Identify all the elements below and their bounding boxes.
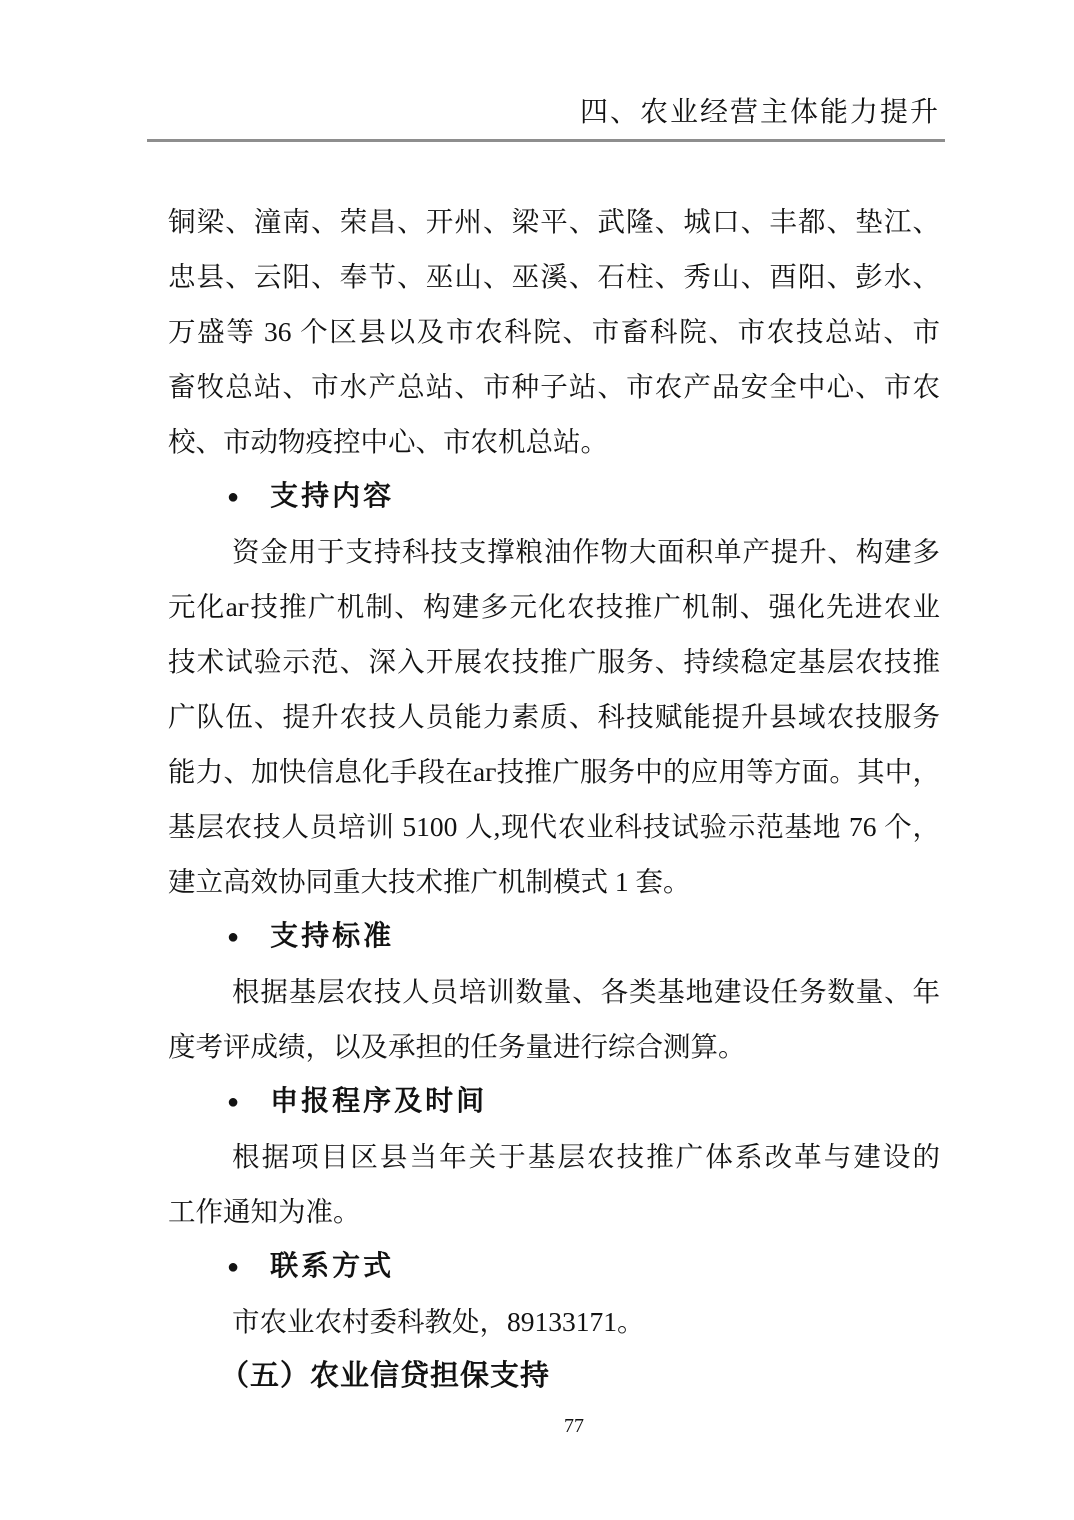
bullet-heading-label: 申报程序及时间 <box>270 1086 487 1117</box>
document-content: 铜梁、潼南、荣昌、开州、梁平、武隆、城口、丰都、垫江、忠县、云阳、奉节、巫山、巫… <box>168 194 940 1404</box>
running-header-title: 四、农业经营主体能力提升 <box>168 96 940 130</box>
paragraph: 根据基层农技人员培训数量、各类基地建设任务数量、年度考评成绩，以及承担的任务量进… <box>168 964 940 1074</box>
text-line: 建立高效协同重大技术推广机制模式 1 套。 <box>168 854 940 909</box>
bullet-heading-label: 联系方式 <box>270 1251 394 1282</box>
paragraph: 资金用于支持科技支撑粮油作物大面积单产提升、构建多元化аг技推广机制、构建多元化… <box>168 524 940 909</box>
document-page: 四、农业经营主体能力提升 铜梁、潼南、荣昌、开州、梁平、武隆、城口、丰都、垫江、… <box>0 0 1074 1520</box>
bullet-heading: ●支持标准 <box>168 909 940 964</box>
bullet-heading: ●联系方式 <box>168 1239 940 1294</box>
bullet-icon: ● <box>227 470 239 524</box>
text-line: 畜牧总站、市水产总站、市种子站、市农产品安全中心、市农 <box>168 359 940 414</box>
bullet-heading: ●支持内容 <box>168 469 940 524</box>
paragraph: 根据项目区县当年关于基层农技推广体系改革与建设的工作通知为准。 <box>168 1129 940 1239</box>
text-line: 工作通知为准。 <box>168 1184 940 1239</box>
text-line: 资金用于支持科技支撑粮油作物大面积单产提升、构建多 <box>168 524 940 579</box>
page-number: 77 <box>168 1414 980 1438</box>
text-line: 万盛等 36 个区县以及市农科院、市畜科院、市农技总站、市 <box>168 304 940 359</box>
bullet-icon: ● <box>227 1075 239 1129</box>
header-rule <box>147 139 945 142</box>
bullet-heading-label: 支持标准 <box>270 921 394 952</box>
text-line: 铜梁、潼南、荣昌、开州、梁平、武隆、城口、丰都、垫江、 <box>168 194 940 249</box>
paragraph: 铜梁、潼南、荣昌、开州、梁平、武隆、城口、丰都、垫江、忠县、云阳、奉节、巫山、巫… <box>168 194 940 469</box>
text-line: 忠县、云阳、奉节、巫山、巫溪、石柱、秀山、酉阳、彭水、 <box>168 249 940 304</box>
bullet-icon: ● <box>227 910 239 964</box>
bullet-heading-label: 支持内容 <box>270 481 394 512</box>
bullet-icon: ● <box>227 1240 239 1294</box>
text-line: 校、市动物疫控中心、市农机总站。 <box>168 414 940 469</box>
text-line: 元化аг技推广机制、构建多元化农技推广机制、强化先进农业 <box>168 579 940 634</box>
bullet-heading: ●申报程序及时间 <box>168 1074 940 1129</box>
text-line: 技术试验示范、深入开展农技推广服务、持续稳定基层农技推 <box>168 634 940 689</box>
text-line: 根据项目区县当年关于基层农技推广体系改革与建设的 <box>168 1129 940 1184</box>
text-line: 能力、加快信息化手段在аг技推广服务中的应用等方面。其中， <box>168 744 940 799</box>
sub-section-heading: （五）农业信贷担保支持 <box>168 1349 940 1404</box>
text-line: 广队伍、提升农技人员能力素质、科技赋能提升县域农技服务 <box>168 689 940 744</box>
text-line: 根据基层农技人员培训数量、各类基地建设任务数量、年 <box>168 964 940 1019</box>
paragraph: 市农业农村委科教处，89133171。 <box>168 1294 940 1349</box>
text-line: 度考评成绩，以及承担的任务量进行综合测算。 <box>168 1019 940 1074</box>
text-line: 市农业农村委科教处，89133171。 <box>168 1294 940 1349</box>
text-line: 基层农技人员培训 5100 人,现代农业科技试验示范基地 76 个， <box>168 799 940 854</box>
